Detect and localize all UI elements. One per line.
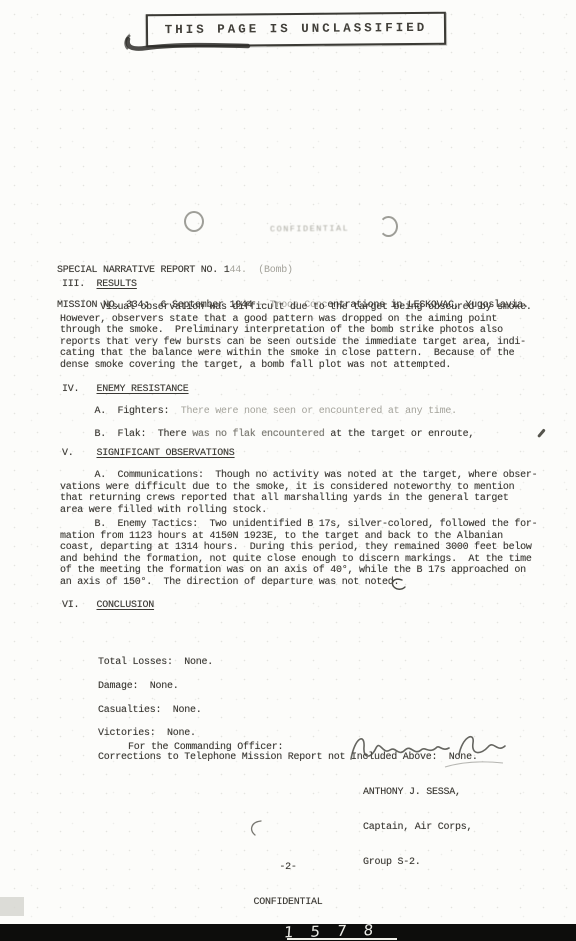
frame-number-underline [287, 938, 397, 940]
flak-text-rest: at the target or enroute, [325, 429, 475, 440]
section-title: SIGNIFICANT OBSERVATIONS [97, 448, 235, 459]
section-numeral: III. [62, 279, 97, 290]
section-title: CONCLUSION [97, 600, 155, 611]
report-number-faded: 44. (Bomb) [230, 265, 293, 276]
scanned-document-page: THIS PAGE IS UNCLASSIFIED CONFIDENTIAL S… [0, 0, 576, 941]
section-enemy-resistance-heading: IV. ENEMY RESISTANCE [62, 384, 189, 396]
flak-text-faded: was no flak encountered [192, 429, 324, 440]
handwritten-curl-mark [246, 818, 266, 838]
footer: -2- CONFIDENTIAL [0, 839, 576, 932]
punch-hole [379, 216, 398, 237]
section-numeral: V. [62, 448, 97, 459]
flak-label: B. Flak: There [60, 429, 192, 440]
signature-name: ANTHONY J. SESSA, [363, 787, 472, 799]
conclusion-item: Damage: None. [98, 681, 478, 693]
conclusion-item: Casualties: None. [98, 705, 478, 717]
section-results-heading: III. RESULTS [62, 279, 137, 291]
fighters-label: A. Fighters: [60, 406, 181, 417]
fighters-line: A. Fighters: There were none seen or enc… [60, 406, 457, 418]
page-number: -2- [253, 862, 322, 874]
report-title-line: SPECIAL NARRATIVE REPORT NO. 144. (Bomb) [57, 265, 529, 277]
ink-swoosh-mark [122, 33, 252, 57]
section-observations-heading: V. SIGNIFICANT OBSERVATIONS [62, 448, 235, 460]
handwritten-curl-mark [388, 577, 408, 593]
punch-hole [184, 211, 204, 232]
section-numeral: IV. [62, 384, 97, 395]
confidential-stamp-faded: CONFIDENTIAL [270, 224, 349, 235]
signature-rank: Captain, Air Corps, [363, 822, 472, 834]
section-title: ENEMY RESISTANCE [97, 384, 189, 395]
results-paragraph: Visual observation was difficult due to … [60, 302, 532, 372]
section-conclusion-heading: VI. CONCLUSION [62, 600, 154, 612]
conclusion-item: Total Losses: None. [98, 657, 478, 669]
flak-line: B. Flak: There was no flak encountered a… [60, 429, 474, 441]
pen-mark [537, 428, 545, 437]
communications-paragraph: A. Communications: Though no activity wa… [60, 470, 537, 516]
footer-classification: CONFIDENTIAL [253, 897, 322, 909]
enemy-tactics-paragraph: B. Enemy Tactics: Two unidentified B 17s… [60, 519, 537, 589]
report-number: SPECIAL NARRATIVE REPORT NO. 1 [57, 265, 230, 276]
for-commanding-officer-line: For the Commanding Officer: [128, 742, 283, 754]
scan-artifact-square [0, 897, 24, 916]
section-title: RESULTS [97, 279, 137, 290]
fighters-text-faded: There were none seen or encountered at a… [181, 406, 457, 417]
section-numeral: VI. [62, 600, 97, 611]
